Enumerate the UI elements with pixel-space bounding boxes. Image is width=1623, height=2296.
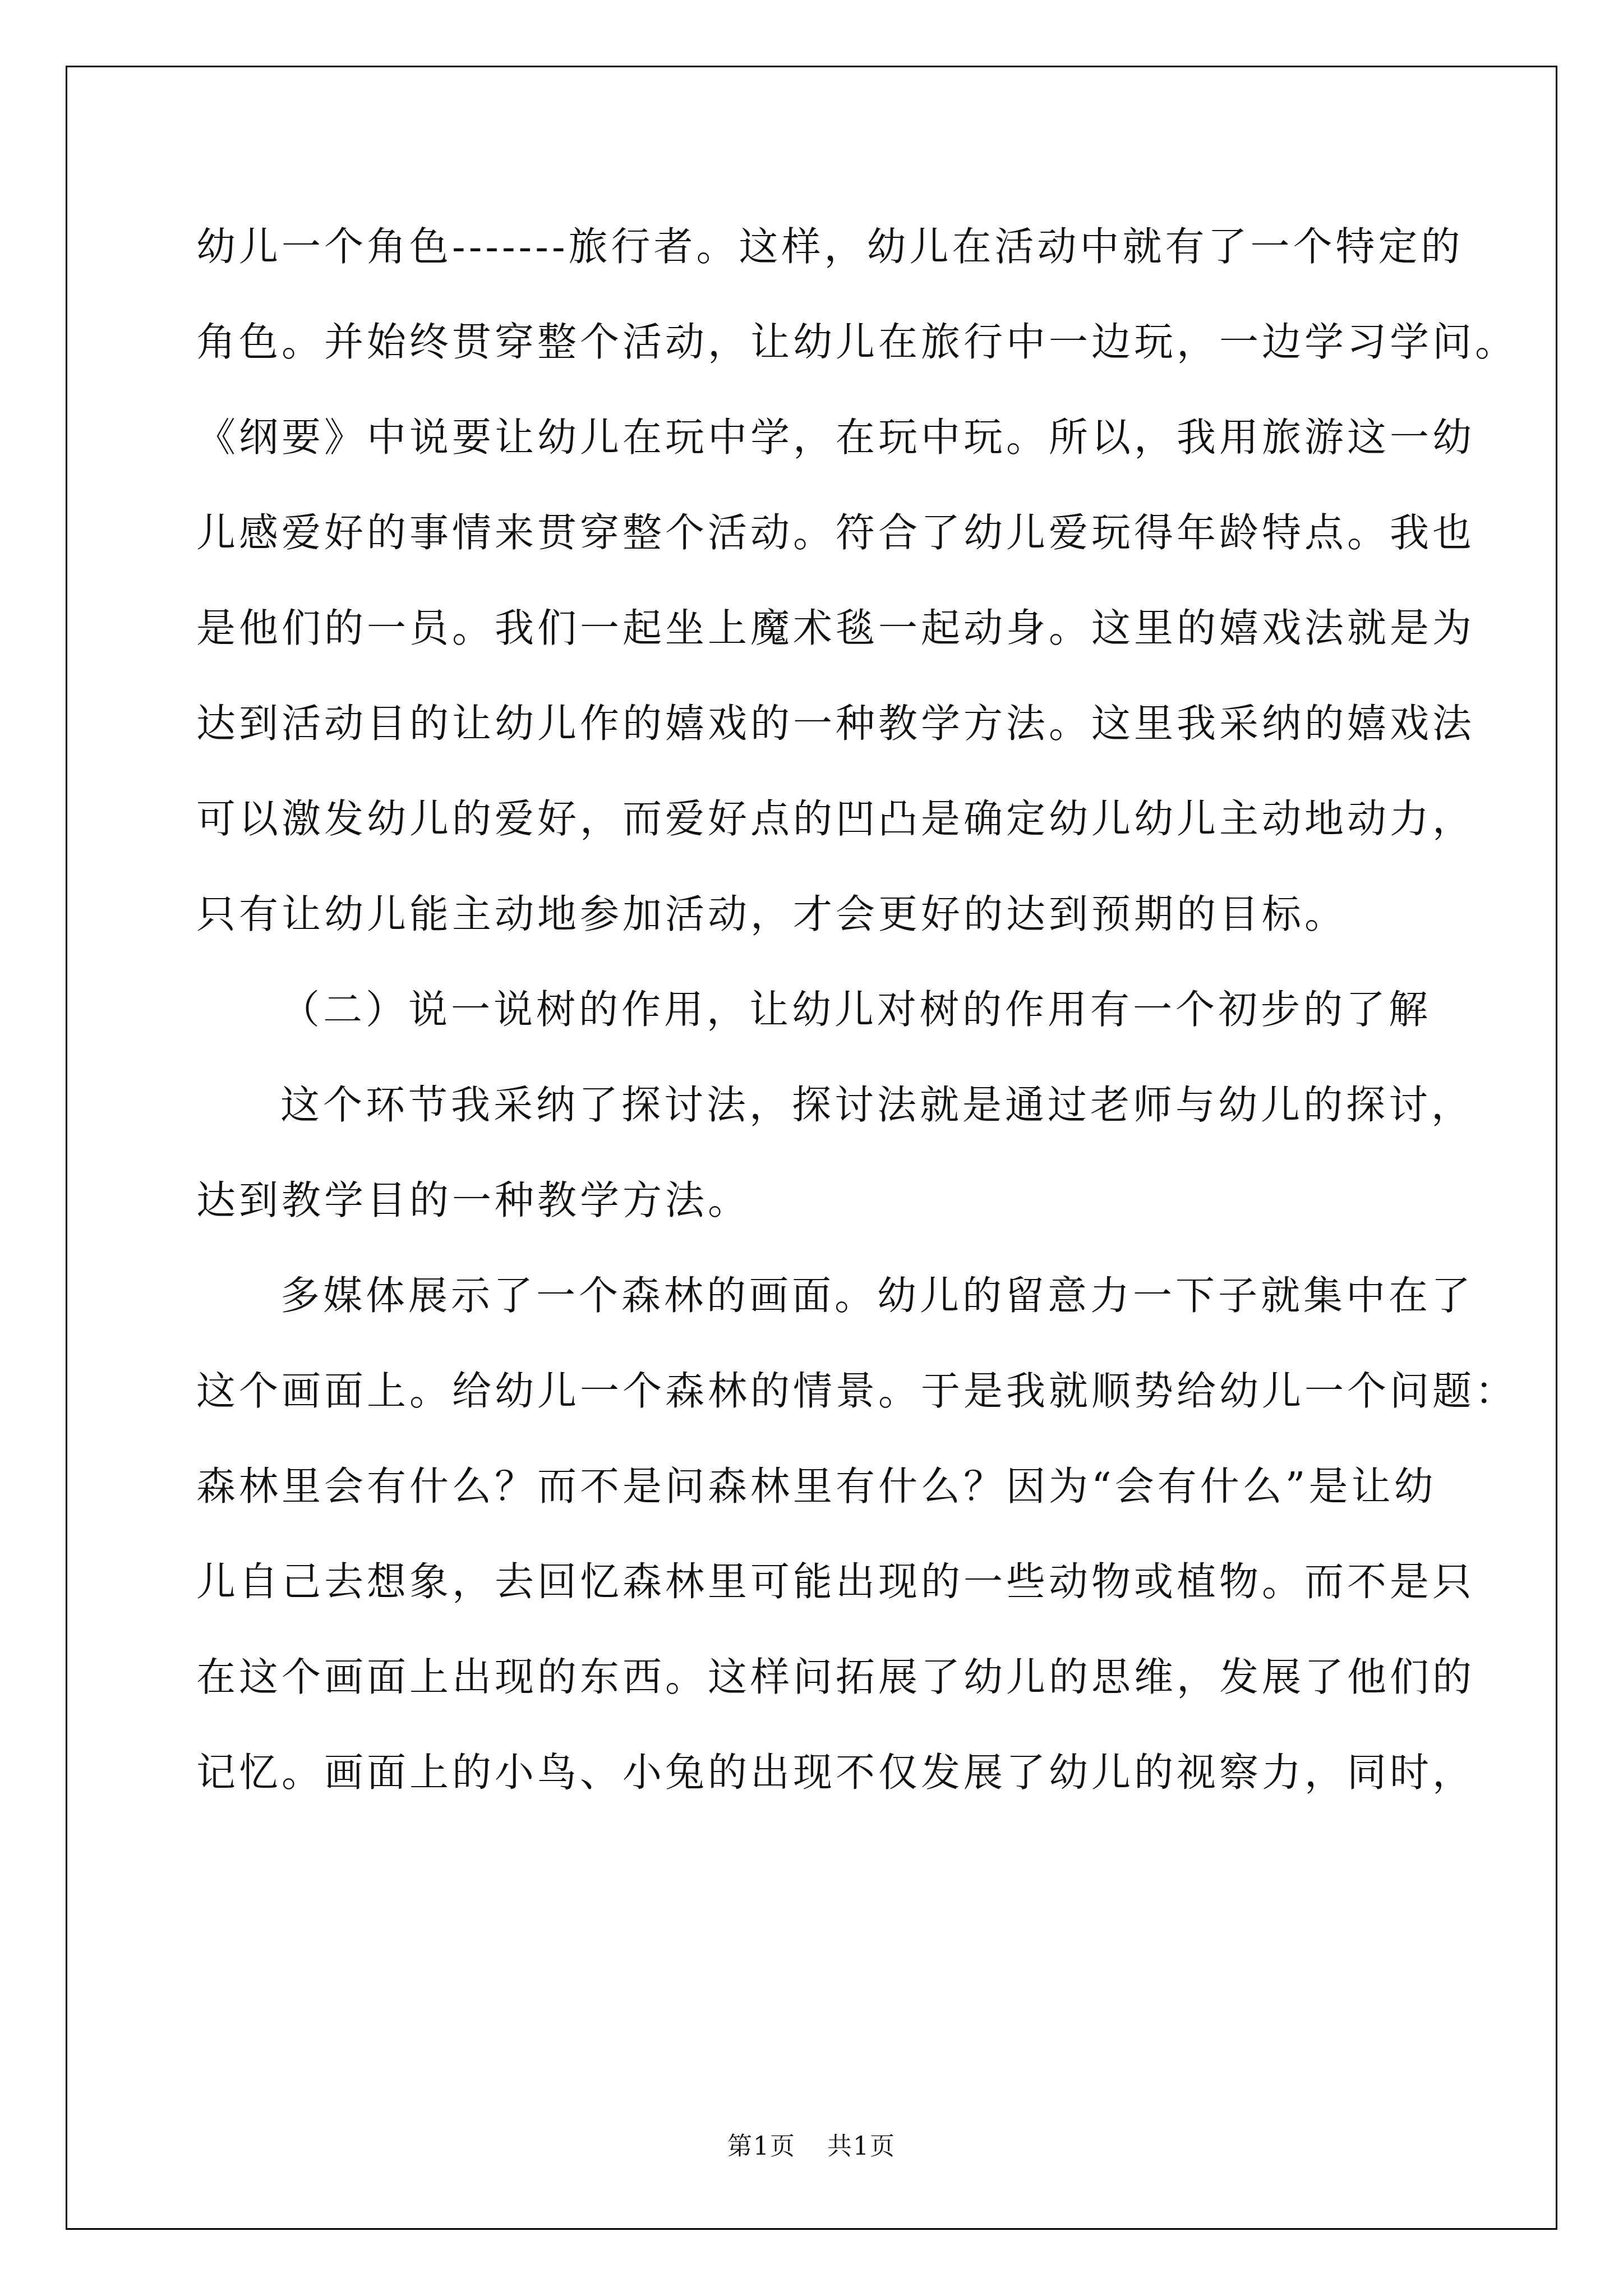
- text-line: 幼儿一个角色-------旅行者。这样，幼儿在活动中就有了一个特定的: [196, 213, 1486, 309]
- paragraph-start-line: 这个环节我采纳了探讨法，探讨法就是通过老师与幼儿的探讨，: [196, 1071, 1486, 1167]
- document-body: 幼儿一个角色-------旅行者。这样，幼儿在活动中就有了一个特定的 角色。并始…: [196, 213, 1486, 1834]
- text-line: 角色。并始终贯穿整个活动，让幼儿在旅行中一边玩，一边学习学问。: [196, 309, 1486, 404]
- text-line: 儿感爱好的事情来贯穿整个活动。符合了幼儿爱玩得年龄特点。我也: [196, 499, 1486, 595]
- current-page-number: 第1页: [727, 2132, 796, 2161]
- text-line: 在这个画面上出现的东西。这样问拓展了幼儿的思维，发展了他们的: [196, 1644, 1486, 1739]
- text-line: 儿自己去想象，去回忆森林里可能出现的一些动物或植物。而不是只: [196, 1548, 1486, 1644]
- text-line: 达到活动目的让幼儿作的嬉戏的一种教学方法。这里我采纳的嬉戏法: [196, 690, 1486, 785]
- text-line: 达到教学目的一种教学方法。: [196, 1167, 1486, 1262]
- text-line: 可以激发幼儿的爱好，而爱好点的凹凸是确定幼儿幼儿主动地动力，: [196, 785, 1486, 881]
- text-line: 森林里会有什么？而不是问森林里有什么？因为“会有什么”是让幼: [196, 1453, 1486, 1548]
- text-line: 只有让幼儿能主动地参加活动，才会更好的达到预期的目标。: [196, 881, 1486, 976]
- text-line: 记忆。画面上的小鸟、小兔的出现不仅发展了幼儿的视察力，同时，: [196, 1739, 1486, 1834]
- page-footer: 第1页 共1页: [0, 2126, 1623, 2162]
- text-line: 是他们的一员。我们一起坐上魔术毯一起动身。这里的嬉戏法就是为: [196, 595, 1486, 690]
- section-heading: （二）说一说树的作用，让幼儿对树的作用有一个初步的了解: [196, 976, 1486, 1071]
- total-page-count: 共1页: [827, 2132, 896, 2161]
- text-line: 《纲要》中说要让幼儿在玩中学，在玩中玩。所以，我用旅游这一幼: [196, 404, 1486, 499]
- paragraph-start-line: 多媒体展示了一个森林的画面。幼儿的留意力一下子就集中在了: [196, 1262, 1486, 1358]
- text-line: 这个画面上。给幼儿一个森林的情景。于是我就顺势给幼儿一个问题：: [196, 1358, 1486, 1453]
